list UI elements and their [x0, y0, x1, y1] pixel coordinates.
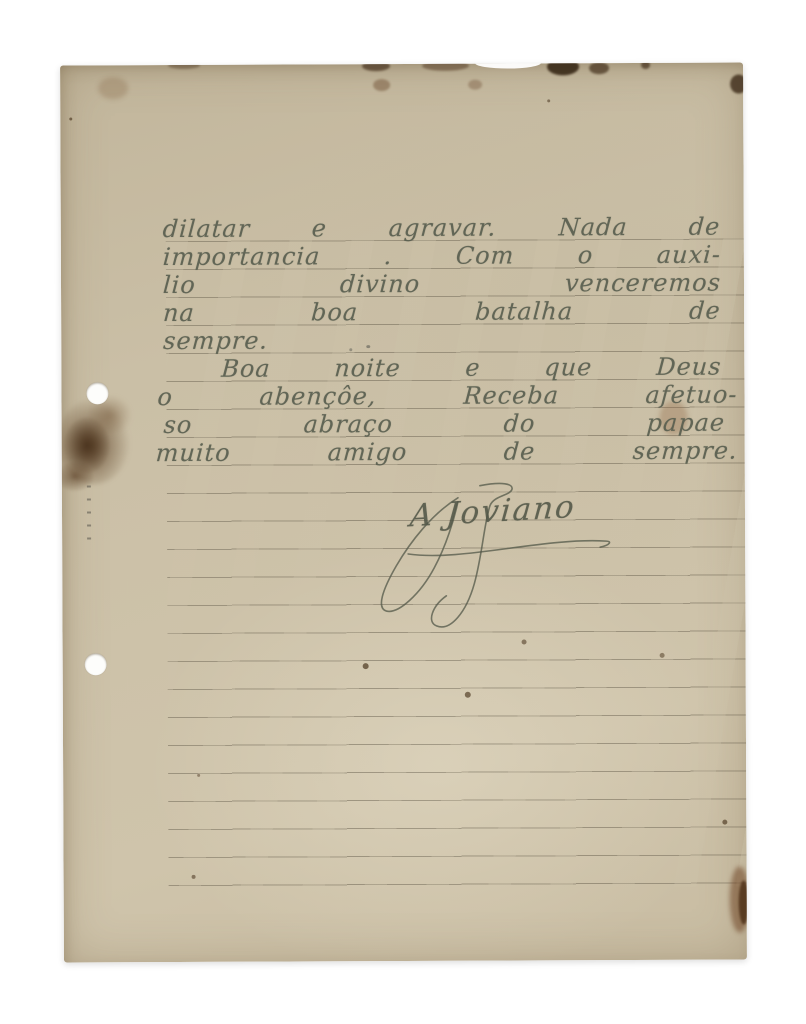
stain-top-edge: [641, 63, 650, 69]
speck: [69, 117, 72, 120]
handwriting-line: oabençôe,Recebaafetuo-: [157, 379, 737, 410]
handwritten-word: abraço: [303, 412, 394, 436]
handwritten-word: Nada: [558, 215, 629, 239]
stain-top-edge: [422, 63, 469, 71]
handwritten-word: boa: [311, 300, 360, 324]
handwritten-word: papae: [646, 411, 726, 435]
handwritten-word: de: [689, 299, 722, 323]
stain-top-edge: [589, 63, 609, 75]
handwritten-word: que: [543, 355, 593, 379]
handwritten-word: de: [503, 439, 536, 463]
torn-edge-notch: [475, 63, 541, 69]
speck: [197, 774, 200, 777]
speck: [522, 639, 527, 644]
handwritten-word: abençôe,: [259, 384, 378, 409]
handwritten-word: venceremos: [564, 271, 722, 296]
handwritten-word: Deus: [655, 355, 722, 379]
handwritten-word: o: [577, 243, 594, 267]
stain-top-edge: [547, 63, 579, 76]
handwritten-word: afetuo-: [645, 383, 739, 407]
handwriting-line: liodivinovenceremos: [163, 267, 721, 297]
handwritten-word: do: [503, 411, 536, 435]
scan-canvas: { "document": { "kind": "handwritten let…: [0, 0, 806, 1024]
handwriting-line: importancia.Comoauxi-: [163, 239, 721, 269]
handwritten-word: sempre.: [162, 329, 269, 353]
speck: [363, 663, 369, 669]
handwritten-word: de: [688, 215, 721, 239]
handwriting-line: sempre.: [163, 323, 721, 353]
handwritten-word: na: [162, 301, 195, 325]
handwriting-line: naboabatalhade: [163, 295, 721, 325]
handwriting-line: muitoamigodesempre.: [156, 435, 738, 466]
handwriting-line: soabraçodopapae: [164, 407, 726, 437]
handwritten-word: e: [311, 216, 328, 240]
handwriting-line: dilatareagravar.Nadade: [163, 211, 721, 241]
stain-top-left: [98, 77, 128, 99]
speck: [722, 820, 727, 825]
handwritten-word: Com: [455, 244, 515, 268]
handwritten-word: so: [163, 413, 193, 437]
punch-hole-top: [86, 382, 108, 404]
handwritten-word: .: [383, 244, 393, 268]
handwritten-word: Receba: [462, 383, 559, 407]
handwritten-word: e: [464, 356, 481, 380]
handwriting-line: BoanoiteequeDeus: [163, 351, 721, 381]
handwritten-word: importancia: [162, 244, 321, 269]
handwritten-word: amigo: [327, 440, 408, 464]
handwritten-word: Boa: [221, 357, 272, 381]
speck: [547, 99, 550, 102]
handwritten-word: dilatar: [162, 217, 251, 241]
handwriting-lines: dilatareagravar.Nadadeimportancia.Comoau…: [163, 211, 722, 465]
handwritten-word: agravar.: [388, 216, 497, 240]
stain-right-edge: [739, 880, 747, 924]
pencil-dot-marks: [87, 485, 91, 545]
punch-hole-bottom: [85, 653, 107, 675]
stain-top-right-corner: [730, 74, 747, 93]
handwritten-word: muito: [155, 441, 232, 465]
handwritten-word: batalha: [474, 299, 574, 323]
stain-top-edge: [362, 63, 390, 72]
handwritten-word: divino: [339, 272, 421, 296]
handwritten-word: lio: [162, 273, 196, 297]
handwritten-word: o: [157, 385, 174, 409]
handwritten-word: auxi-: [656, 243, 722, 267]
handwritten-word: sempre.: [632, 439, 739, 463]
speck: [465, 692, 471, 698]
speck: [660, 653, 665, 658]
stain-top-edge: [168, 63, 200, 70]
stain-top-edge: [468, 80, 482, 90]
stain-top-edge: [373, 79, 390, 91]
speck: [192, 875, 196, 879]
handwritten-word: noite: [334, 356, 402, 380]
letter-page: dilatareagravar.Nadadeimportancia.Comoau…: [60, 63, 747, 963]
